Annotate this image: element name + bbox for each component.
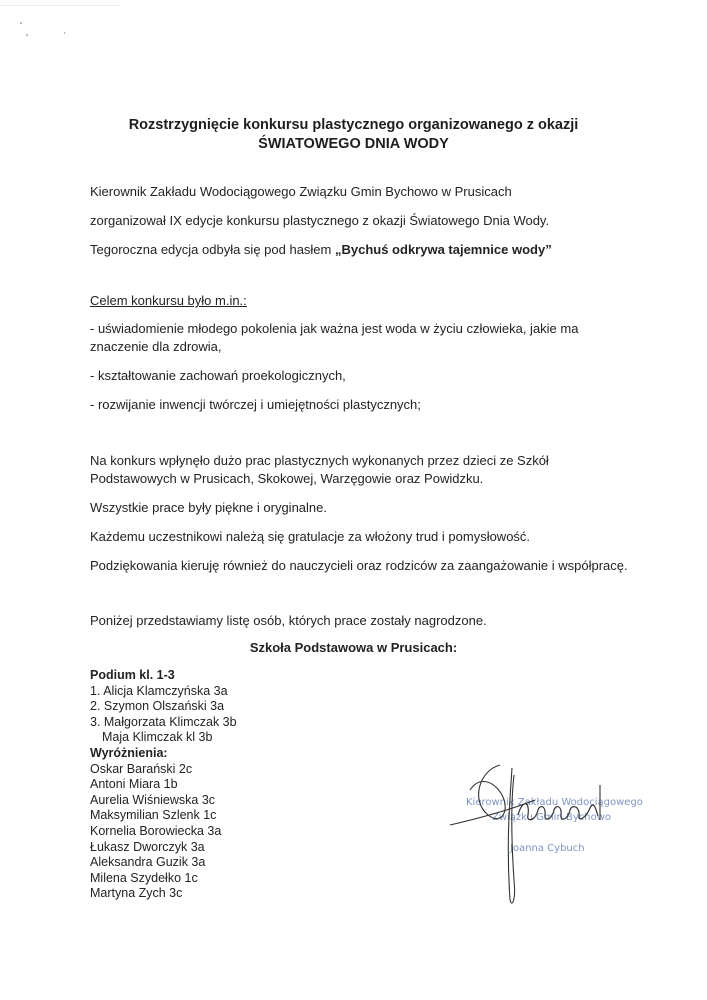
scan-speck: [64, 32, 65, 34]
podium-item: 2. Szymon Olszański 3a: [90, 699, 237, 715]
document-page: Rozstrzygnięcie konkursu plastycznego or…: [0, 0, 707, 1000]
body-paragraph: Podziękowania kieruję również do nauczyc…: [90, 557, 628, 574]
podium-item: Maja Klimczak kl 3b: [90, 730, 237, 746]
intro-motto-line: Tegoroczna edycja odbyła się pod hasłem …: [90, 241, 552, 258]
goal-item-continued: znaczenie dla zdrowia,: [90, 338, 222, 355]
winners-list: Podium kl. 1-3 1. Alicja Klamczyńska 3a …: [90, 668, 237, 902]
honors-item: Milena Szydełko 1c: [90, 871, 237, 887]
honors-item: Aurelia Wiśniewska 3c: [90, 793, 237, 809]
honors-item: Martyna Zych 3c: [90, 886, 237, 902]
motto: „Bychuś odkrywa tajemnice wody”: [335, 242, 552, 257]
goal-item: - kształtowanie zachowań proekologicznyc…: [90, 367, 346, 384]
motto-prefix: Tegoroczna edycja odbyła się pod hasłem: [90, 242, 335, 257]
intro-line: zorganizował IX edycje konkursu plastycz…: [90, 212, 549, 229]
podium-item: 3. Małgorzata Klimczak 3b: [90, 715, 237, 731]
body-paragraph-continued: Podstawowych w Prusicach, Skokowej, Warz…: [90, 470, 483, 487]
signature-icon: [440, 760, 640, 910]
document-title: Rozstrzygnięcie konkursu plastycznego or…: [0, 115, 707, 135]
scan-speck: [26, 34, 28, 36]
honors-item: Kornelia Borowiecka 3a: [90, 824, 237, 840]
goals-heading: Celem konkursu było m.in.:: [90, 292, 247, 309]
honors-item: Aleksandra Guzik 3a: [90, 855, 237, 871]
honors-item: Oskar Barański 2c: [90, 762, 237, 778]
body-paragraph: Każdemu uczestnikowi należą się gratulac…: [90, 528, 530, 545]
honors-item: Maksymilian Szlenk 1c: [90, 808, 237, 824]
body-paragraph: Poniżej przedstawiamy listę osób, któryc…: [90, 612, 487, 629]
goal-item: - uświadomienie młodego pokolenia jak wa…: [90, 320, 578, 337]
podium-item: 1. Alicja Klamczyńska 3a: [90, 684, 237, 700]
podium-heading: Podium kl. 1-3: [90, 668, 237, 684]
scan-speck: [20, 22, 22, 24]
intro-line: Kierownik Zakładu Wodociągowego Związku …: [90, 183, 512, 200]
body-paragraph: Wszystkie prace były piękne i oryginalne…: [90, 499, 327, 516]
honors-item: Łukasz Dworczyk 3a: [90, 840, 237, 856]
school-heading: Szkoła Podstawowa w Prusicach:: [0, 640, 707, 655]
honors-item: Antoni Miara 1b: [90, 777, 237, 793]
scan-artifact: [0, 5, 120, 6]
document-subtitle: ŚWIATOWEGO DNIA WODY: [0, 134, 707, 154]
goal-item: - rozwijanie inwencji twórczej i umiejęt…: [90, 396, 421, 413]
body-paragraph: Na konkurs wpłynęło dużo prac plastyczny…: [90, 452, 549, 469]
honors-heading: Wyróżnienia:: [90, 746, 237, 762]
